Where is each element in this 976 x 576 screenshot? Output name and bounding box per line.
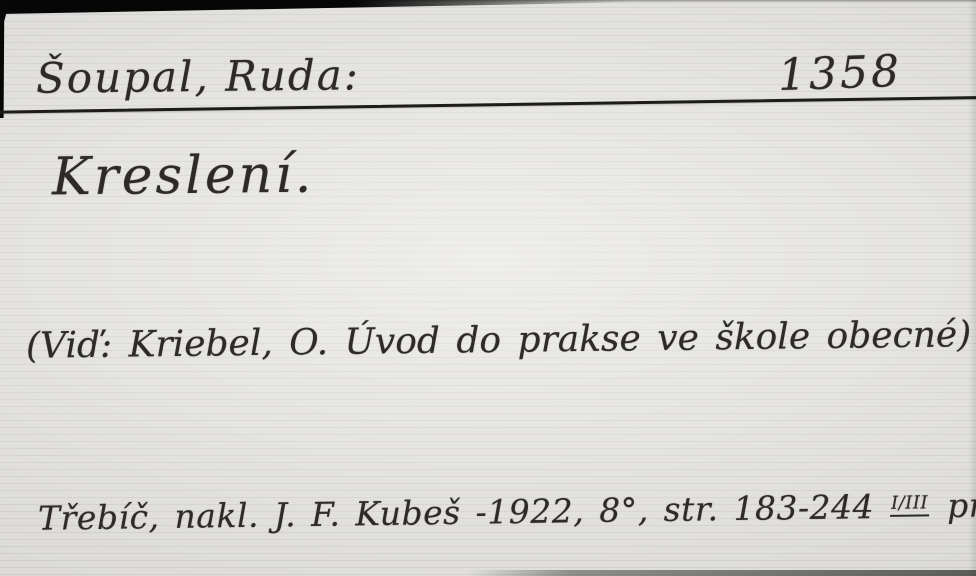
- scanned-catalog-card-image: Šoupal, Ruda: 1358 Kreslení. (Viď: Krieb…: [0, 0, 976, 576]
- reference-note: (Viď: Kriebel, O. Úvod do prakse ve škol…: [26, 314, 972, 367]
- catalog-number: 1358: [777, 46, 903, 101]
- author-heading: Šoupal, Ruda:: [36, 50, 360, 102]
- catalog-card: Šoupal, Ruda: 1358 Kreslení. (Viď: Krieb…: [0, 0, 976, 576]
- scan-edge-left: [0, 0, 10, 118]
- imprint-suffix: přl.: [947, 485, 976, 525]
- imprint-line: Třebíč, nakl. J. F. Kubeš -1922, 8°, str…: [38, 485, 976, 538]
- scan-edge-bottom: [468, 570, 976, 576]
- imprint-main: Třebíč, nakl. J. F. Kubeš -1922, 8°, str…: [38, 487, 875, 538]
- scan-edge-top: [0, 0, 645, 14]
- imprint-plate-fraction: I/III: [890, 492, 929, 517]
- card-title: Kreslení.: [52, 145, 315, 208]
